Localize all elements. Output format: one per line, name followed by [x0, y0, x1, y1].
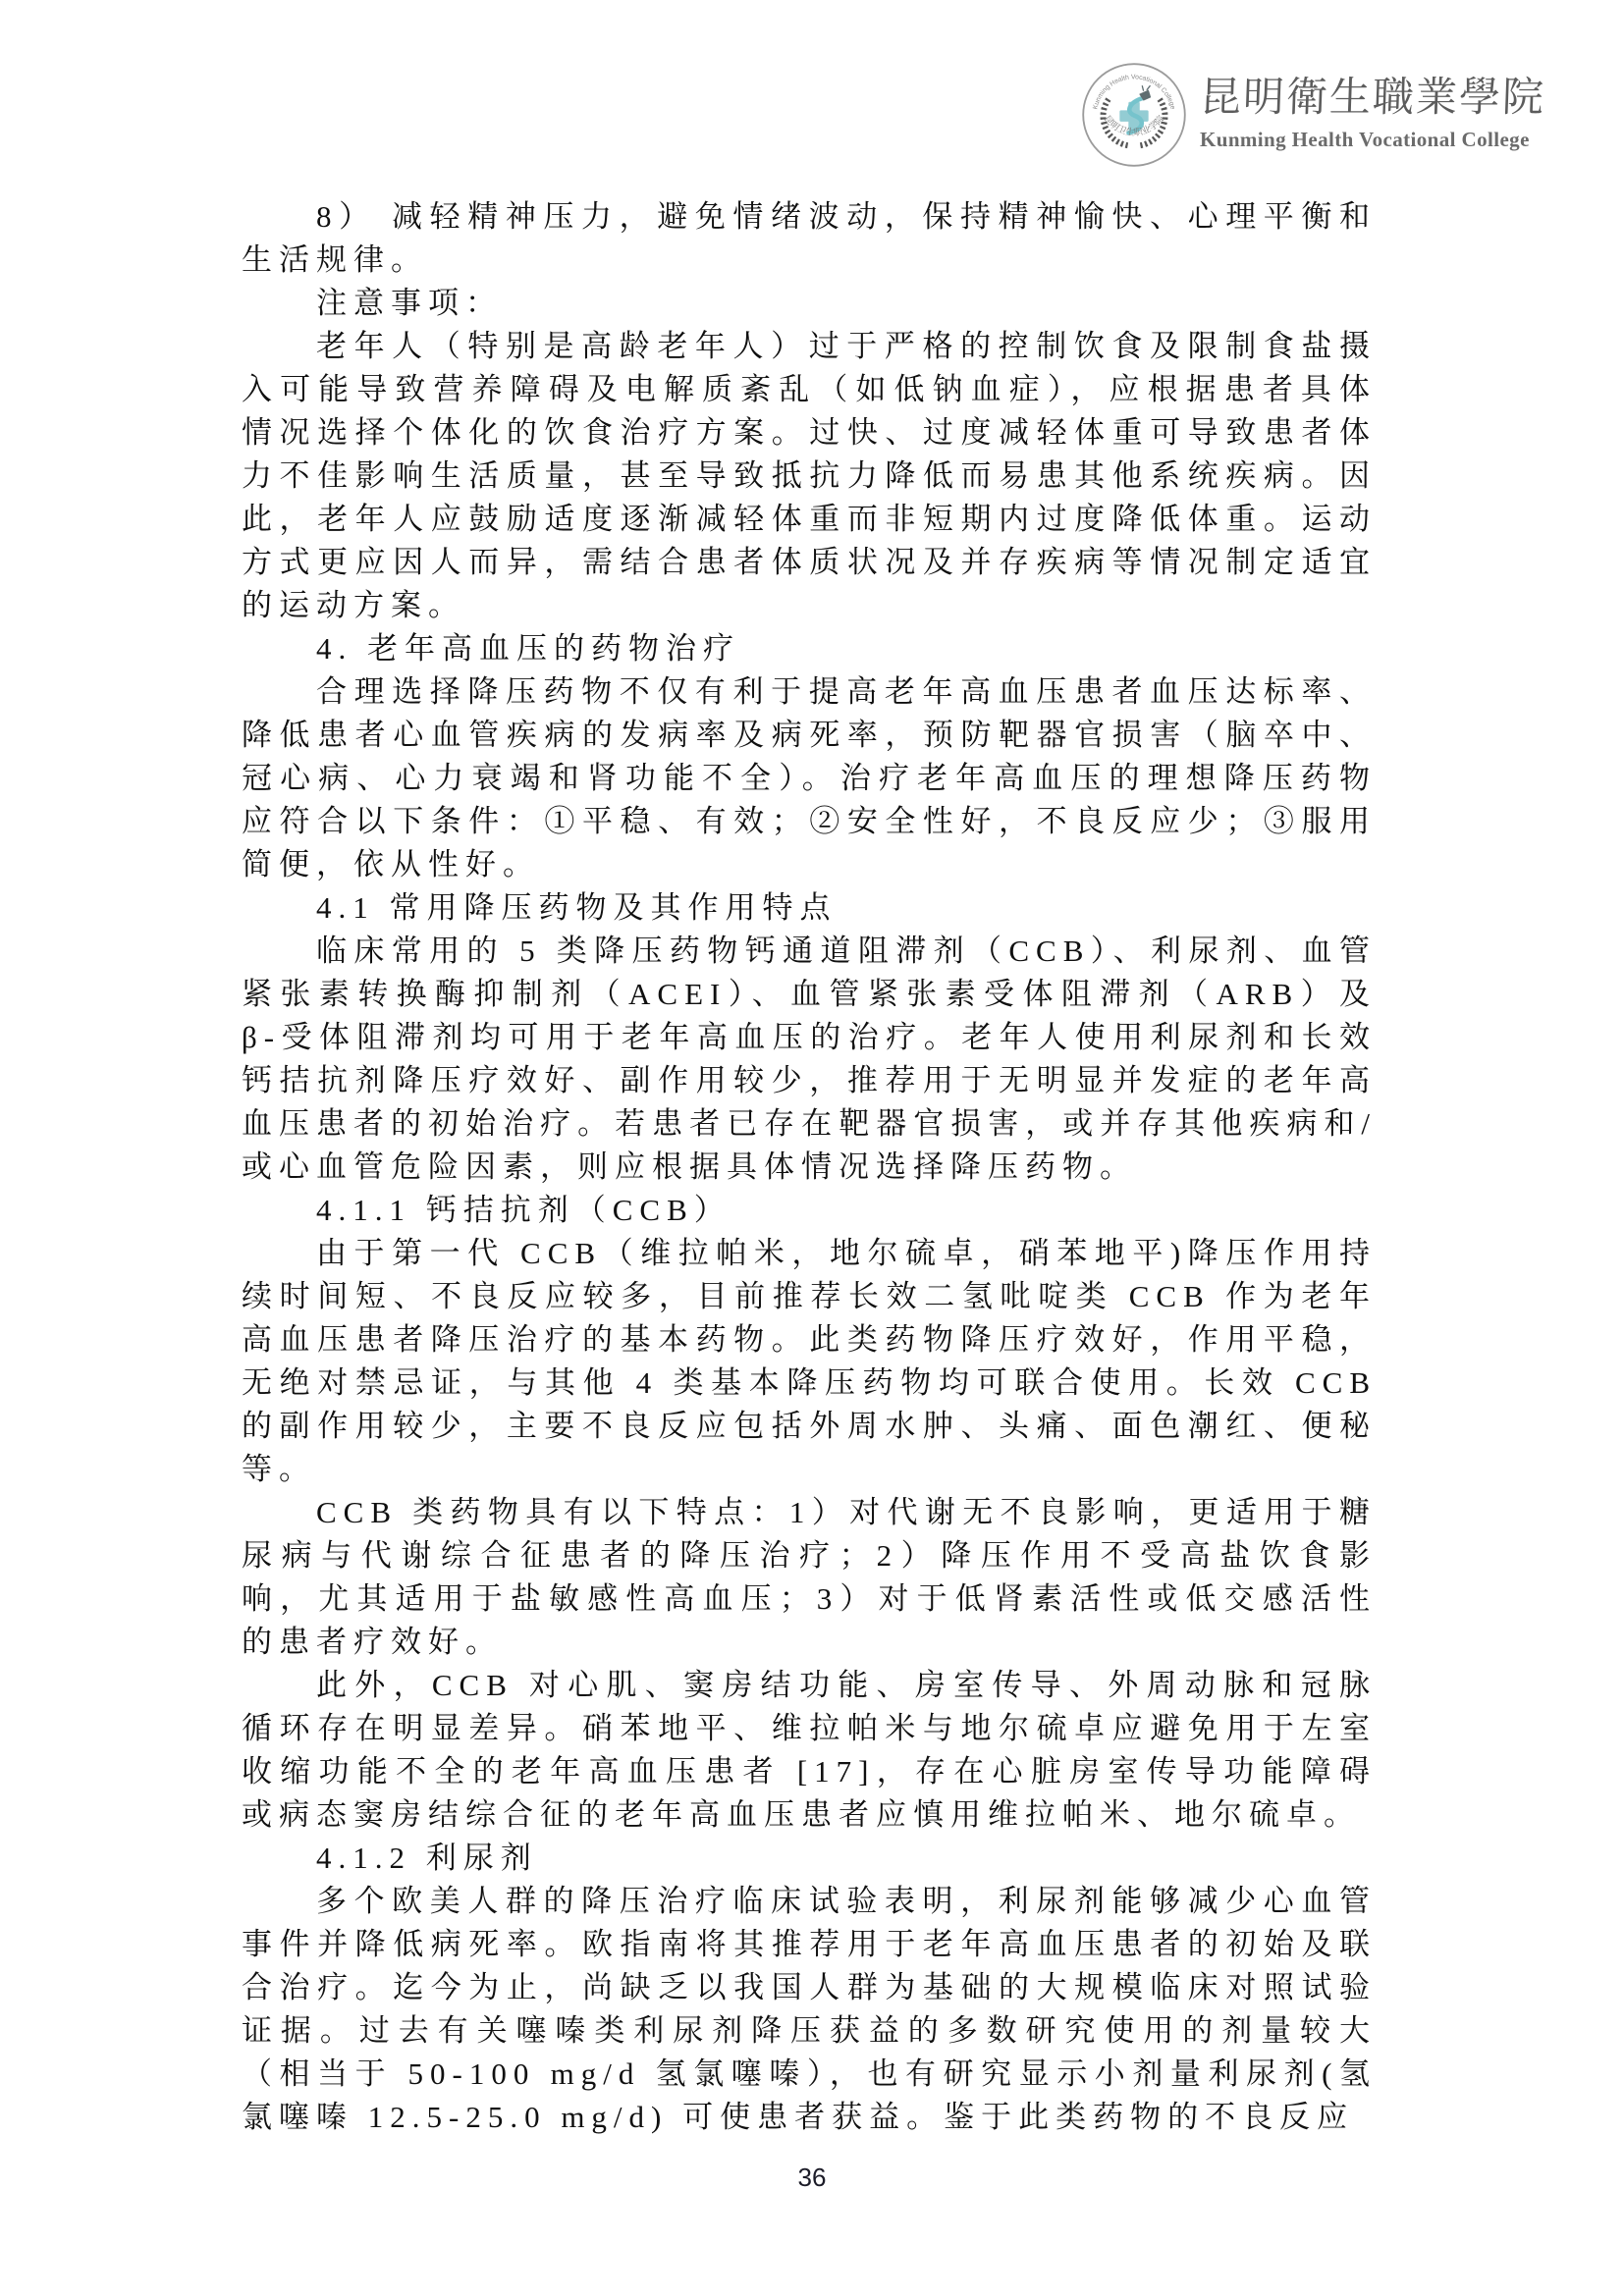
paragraph: 8） 减轻精神压力，避免情绪波动，保持精神愉快、心理平衡和生活规律。: [242, 195, 1377, 282]
paragraph: 多个欧美人群的降压治疗临床试验表明，利尿剂能够减少心血管事件并降低病死率。欧指南…: [242, 1880, 1377, 2139]
paragraph: 4. 老年高血压的药物治疗: [242, 627, 1377, 670]
paragraph: 4.1.2 利尿剂: [242, 1837, 1377, 1880]
paragraph: 由于第一代 CCB（维拉帕米，地尔硫卓，硝苯地平)降压作用持续时间短、不良反应较…: [242, 1232, 1377, 1491]
paragraph: 合理选择降压药物不仅有利于提高老年高血压患者血压达标率、降低患者心血管疾病的发病…: [242, 670, 1377, 886]
page-number: 36: [0, 2163, 1624, 2193]
paragraph: 注意事项：: [242, 282, 1377, 325]
college-name-block: 昆明衛生職業學院 Kunming Health Vocational Colle…: [1200, 73, 1573, 152]
college-name-english: Kunming Health Vocational College: [1200, 128, 1573, 152]
paragraph: 此外，CCB 对心肌、窦房结功能、房室传导、外周动脉和冠脉循环存在明显差异。硝苯…: [242, 1664, 1377, 1837]
paragraph: 4.1.1 钙拮抗剂（CCB）: [242, 1189, 1377, 1232]
paragraph: 老年人（特别是高龄老年人）过于严格的控制饮食及限制食盐摄入可能导致营养障碍及电解…: [242, 325, 1377, 627]
paragraph: CCB 类药物具有以下特点：1）对代谢无不良影响，更适用于糖尿病与代谢综合征患者…: [242, 1491, 1377, 1664]
paragraph: 临床常用的 5 类降压药物钙通道阻滞剂（CCB）、利尿剂、血管紧张素转换酶抑制剂…: [242, 930, 1377, 1189]
college-logo: Kunming Health Vocational College 昆明卫生职业…: [1080, 59, 1591, 177]
document-body: 8） 减轻精神压力，避免情绪波动，保持精神愉快、心理平衡和生活规律。注意事项：老…: [242, 195, 1377, 2139]
document-page: Kunming Health Vocational College 昆明卫生职业…: [0, 0, 1624, 2296]
college-name-calligraphy: 昆明衛生職業學院: [1199, 73, 1574, 124]
paragraph: 4.1 常用降压药物及其作用特点: [242, 886, 1377, 930]
college-seal-icon: Kunming Health Vocational College 昆明卫生职业…: [1080, 61, 1188, 169]
